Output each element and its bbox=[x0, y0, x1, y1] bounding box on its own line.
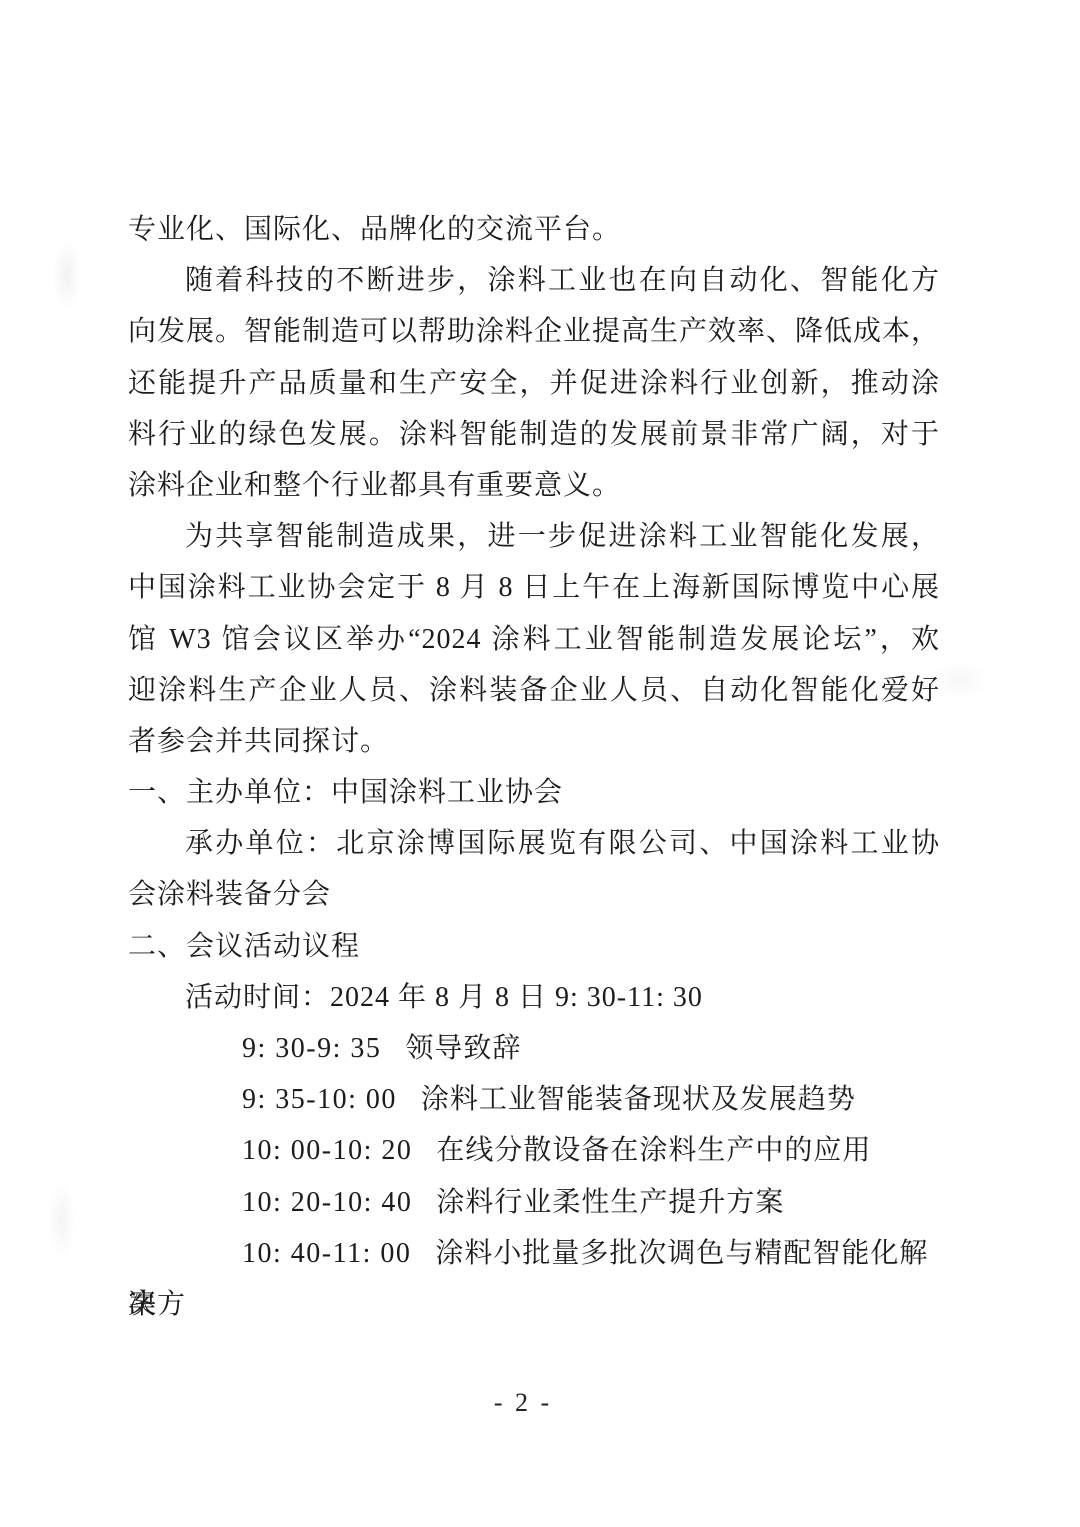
text-line: 会涂料装备分会 bbox=[128, 869, 940, 920]
text-line: 随着科技的不断进步，涂料工业也在向自动化、智能化方 bbox=[128, 255, 940, 306]
line-text: 为共享智能制造成果，进一步促进涂料工业智能化发展， bbox=[185, 521, 940, 552]
line-text: 专业化、国际化、品牌化的交流平台。 bbox=[128, 214, 621, 245]
agenda-time: 9: 35-10: 00 bbox=[185, 1074, 397, 1125]
line-text: 一、主办单位：中国涂料工业协会 bbox=[128, 777, 563, 808]
line-text: 者参会并共同探讨。 bbox=[128, 726, 389, 757]
line-text: 迎涂料生产企业人员、涂料装备企业人员、自动化智能化爱好 bbox=[128, 675, 940, 706]
text-line: 迎涂料生产企业人员、涂料装备企业人员、自动化智能化爱好 bbox=[128, 665, 940, 716]
line-text: 还能提升产品质量和生产安全，并促进涂料行业创新，推动涂 bbox=[128, 368, 940, 399]
line-text: 中国涂料工业协会定于 8 月 8 日上午在上海新国际博览中心展 bbox=[128, 572, 940, 603]
agenda-line: 10: 00-10: 20在线分散设备在涂料生产中的应用 bbox=[128, 1125, 940, 1176]
agenda-title: 涂料行业柔性生产提升方案 bbox=[436, 1187, 784, 1218]
text-line: 为共享智能制造成果，进一步促进涂料工业智能化发展， bbox=[128, 511, 940, 562]
text-line: 承办单位：北京涂博国际展览有限公司、中国涂料工业协 bbox=[128, 818, 940, 869]
line-text: 料行业的绿色发展。涂料智能制造的发展前景非常广阔，对于 bbox=[128, 419, 940, 450]
text-line: 还能提升产品质量和生产安全，并促进涂料行业创新，推动涂 bbox=[128, 358, 940, 409]
document-body: 专业化、国际化、品牌化的交流平台。随着科技的不断进步，涂料工业也在向自动化、智能… bbox=[128, 204, 940, 1330]
text-line: 向发展。智能制造可以帮助涂料企业提高生产效率、降低成本， bbox=[128, 306, 940, 357]
agenda-time: 9: 30-9: 35 bbox=[185, 1023, 381, 1074]
line-text: 随着科技的不断进步，涂料工业也在向自动化、智能化方 bbox=[185, 265, 940, 296]
text-line: 涂料企业和整个行业都具有重要意义。 bbox=[128, 460, 940, 511]
line-text: 馆 W3 馆会议区举办“2024 涂料工业智能制造发展论坛”，欢 bbox=[128, 624, 940, 655]
line-text: 二、会议活动议程 bbox=[128, 931, 360, 962]
agenda-time: 10: 00-10: 20 bbox=[185, 1125, 412, 1176]
text-line: 者参会并共同探讨。 bbox=[128, 716, 940, 767]
line-text: 活动时间：2024 年 8 月 8 日 9: 30-11: 30 bbox=[185, 982, 703, 1013]
text-line: 中国涂料工业协会定于 8 月 8 日上午在上海新国际博览中心展 bbox=[128, 562, 940, 613]
agenda-line: 9: 35-10: 00涂料工业智能装备现状及发展趋势 bbox=[128, 1074, 940, 1125]
text-line: 一、主办单位：中国涂料工业协会 bbox=[128, 767, 940, 818]
agenda-time: 10: 20-10: 40 bbox=[185, 1177, 412, 1228]
document-page: 专业化、国际化、品牌化的交流平台。随着科技的不断进步，涂料工业也在向自动化、智能… bbox=[0, 0, 1080, 1527]
agenda-line: 10: 20-10: 40涂料行业柔性生产提升方案 bbox=[128, 1177, 940, 1228]
page-number: - 2 - bbox=[494, 1388, 552, 1417]
scan-artifact bbox=[48, 1180, 76, 1260]
line-text: 案 bbox=[128, 1289, 157, 1320]
line-text: 会涂料装备分会 bbox=[128, 879, 331, 910]
text-line: 专业化、国际化、品牌化的交流平台。 bbox=[128, 204, 940, 255]
line-text: 涂料企业和整个行业都具有重要意义。 bbox=[128, 470, 621, 501]
text-line: 案 bbox=[128, 1279, 940, 1330]
agenda-title: 领导致辞 bbox=[405, 1033, 521, 1064]
agenda-line: 10: 40-11: 00涂料小批量多批次调色与精配智能化解决方 bbox=[128, 1228, 940, 1279]
agenda-title: 在线分散设备在涂料生产中的应用 bbox=[436, 1135, 871, 1166]
page-footer: - 2 - bbox=[128, 1388, 918, 1418]
agenda-line: 9: 30-9: 35领导致辞 bbox=[128, 1023, 940, 1074]
scan-artifact bbox=[52, 240, 82, 310]
text-line: 二、会议活动议程 bbox=[128, 921, 940, 972]
agenda-title: 涂料工业智能装备现状及发展趋势 bbox=[421, 1084, 856, 1115]
text-line: 馆 W3 馆会议区举办“2024 涂料工业智能制造发展论坛”，欢 bbox=[128, 614, 940, 665]
line-text: 承办单位：北京涂博国际展览有限公司、中国涂料工业协 bbox=[185, 828, 940, 859]
line-text: 向发展。智能制造可以帮助涂料企业提高生产效率、降低成本， bbox=[128, 316, 940, 347]
text-line: 活动时间：2024 年 8 月 8 日 9: 30-11: 30 bbox=[128, 972, 940, 1023]
text-line: 料行业的绿色发展。涂料智能制造的发展前景非常广阔，对于 bbox=[128, 409, 940, 460]
agenda-time: 10: 40-11: 00 bbox=[185, 1228, 411, 1279]
